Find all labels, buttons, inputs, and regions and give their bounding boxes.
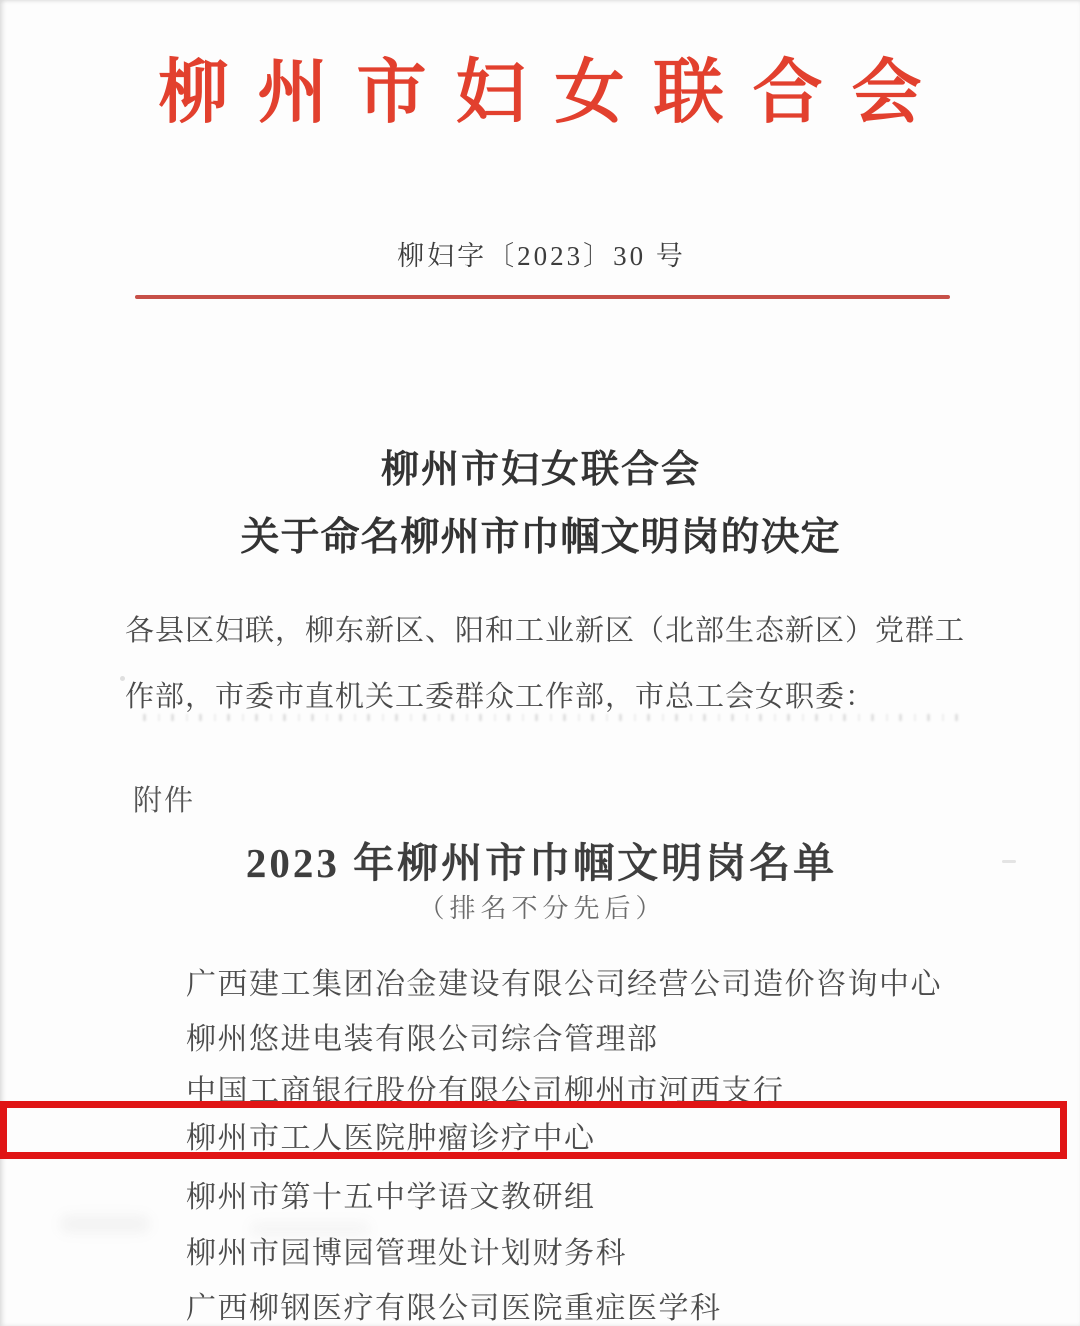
scan-smudge [60,1215,150,1233]
doc-number: 柳妇字〔2023〕30 号 [0,234,1080,273]
scan-smudge [250,1222,370,1236]
main-title: 柳州市妇女联合会 关于命名柳州市巾帼文明岗的决定 [0,438,1080,562]
red-separator-line [135,295,950,299]
main-title-line2: 关于命名柳州市巾帼文明岗的决定 [0,506,1080,562]
salutation-paragraph: 各县区妇联，柳东新区、阳和工业新区（北部生态新区）党群工 作部，市委市直机关工委… [125,608,970,715]
list-item: 柳州悠进电装有限公司综合管理部 [186,1014,659,1058]
scan-speck [1002,860,1016,863]
faded-text-remnant [132,714,964,721]
document-page: 柳州市妇女联合会 柳妇字〔2023〕30 号 柳州市妇女联合会 关于命名柳州市巾… [0,0,1080,1326]
list-title: 2023 年柳州市巾帼文明岗名单 [0,830,1080,889]
list-subtitle: （排名不分先后） [0,888,1080,925]
org-header-title: 柳州市妇女联合会 [0,36,1080,137]
list-item: 广西柳钢医疗有限公司医院重症医学科 [186,1283,722,1326]
salutation-line2: 作部，市委市直机关工委群众工作部，市总工会女职委： [125,674,970,715]
attachment-label: 附件 [133,778,195,819]
main-title-line1: 柳州市妇女联合会 [0,438,1080,493]
highlight-box [0,1101,1067,1159]
salutation-line1: 各县区妇联，柳东新区、阳和工业新区（北部生态新区）党群工 [125,608,970,649]
list-item: 柳州市第十五中学语文教研组 [186,1172,596,1216]
scan-speck [120,676,125,681]
list-item: 广西建工集团冶金建设有限公司经营公司造价咨询中心 [186,959,942,1003]
